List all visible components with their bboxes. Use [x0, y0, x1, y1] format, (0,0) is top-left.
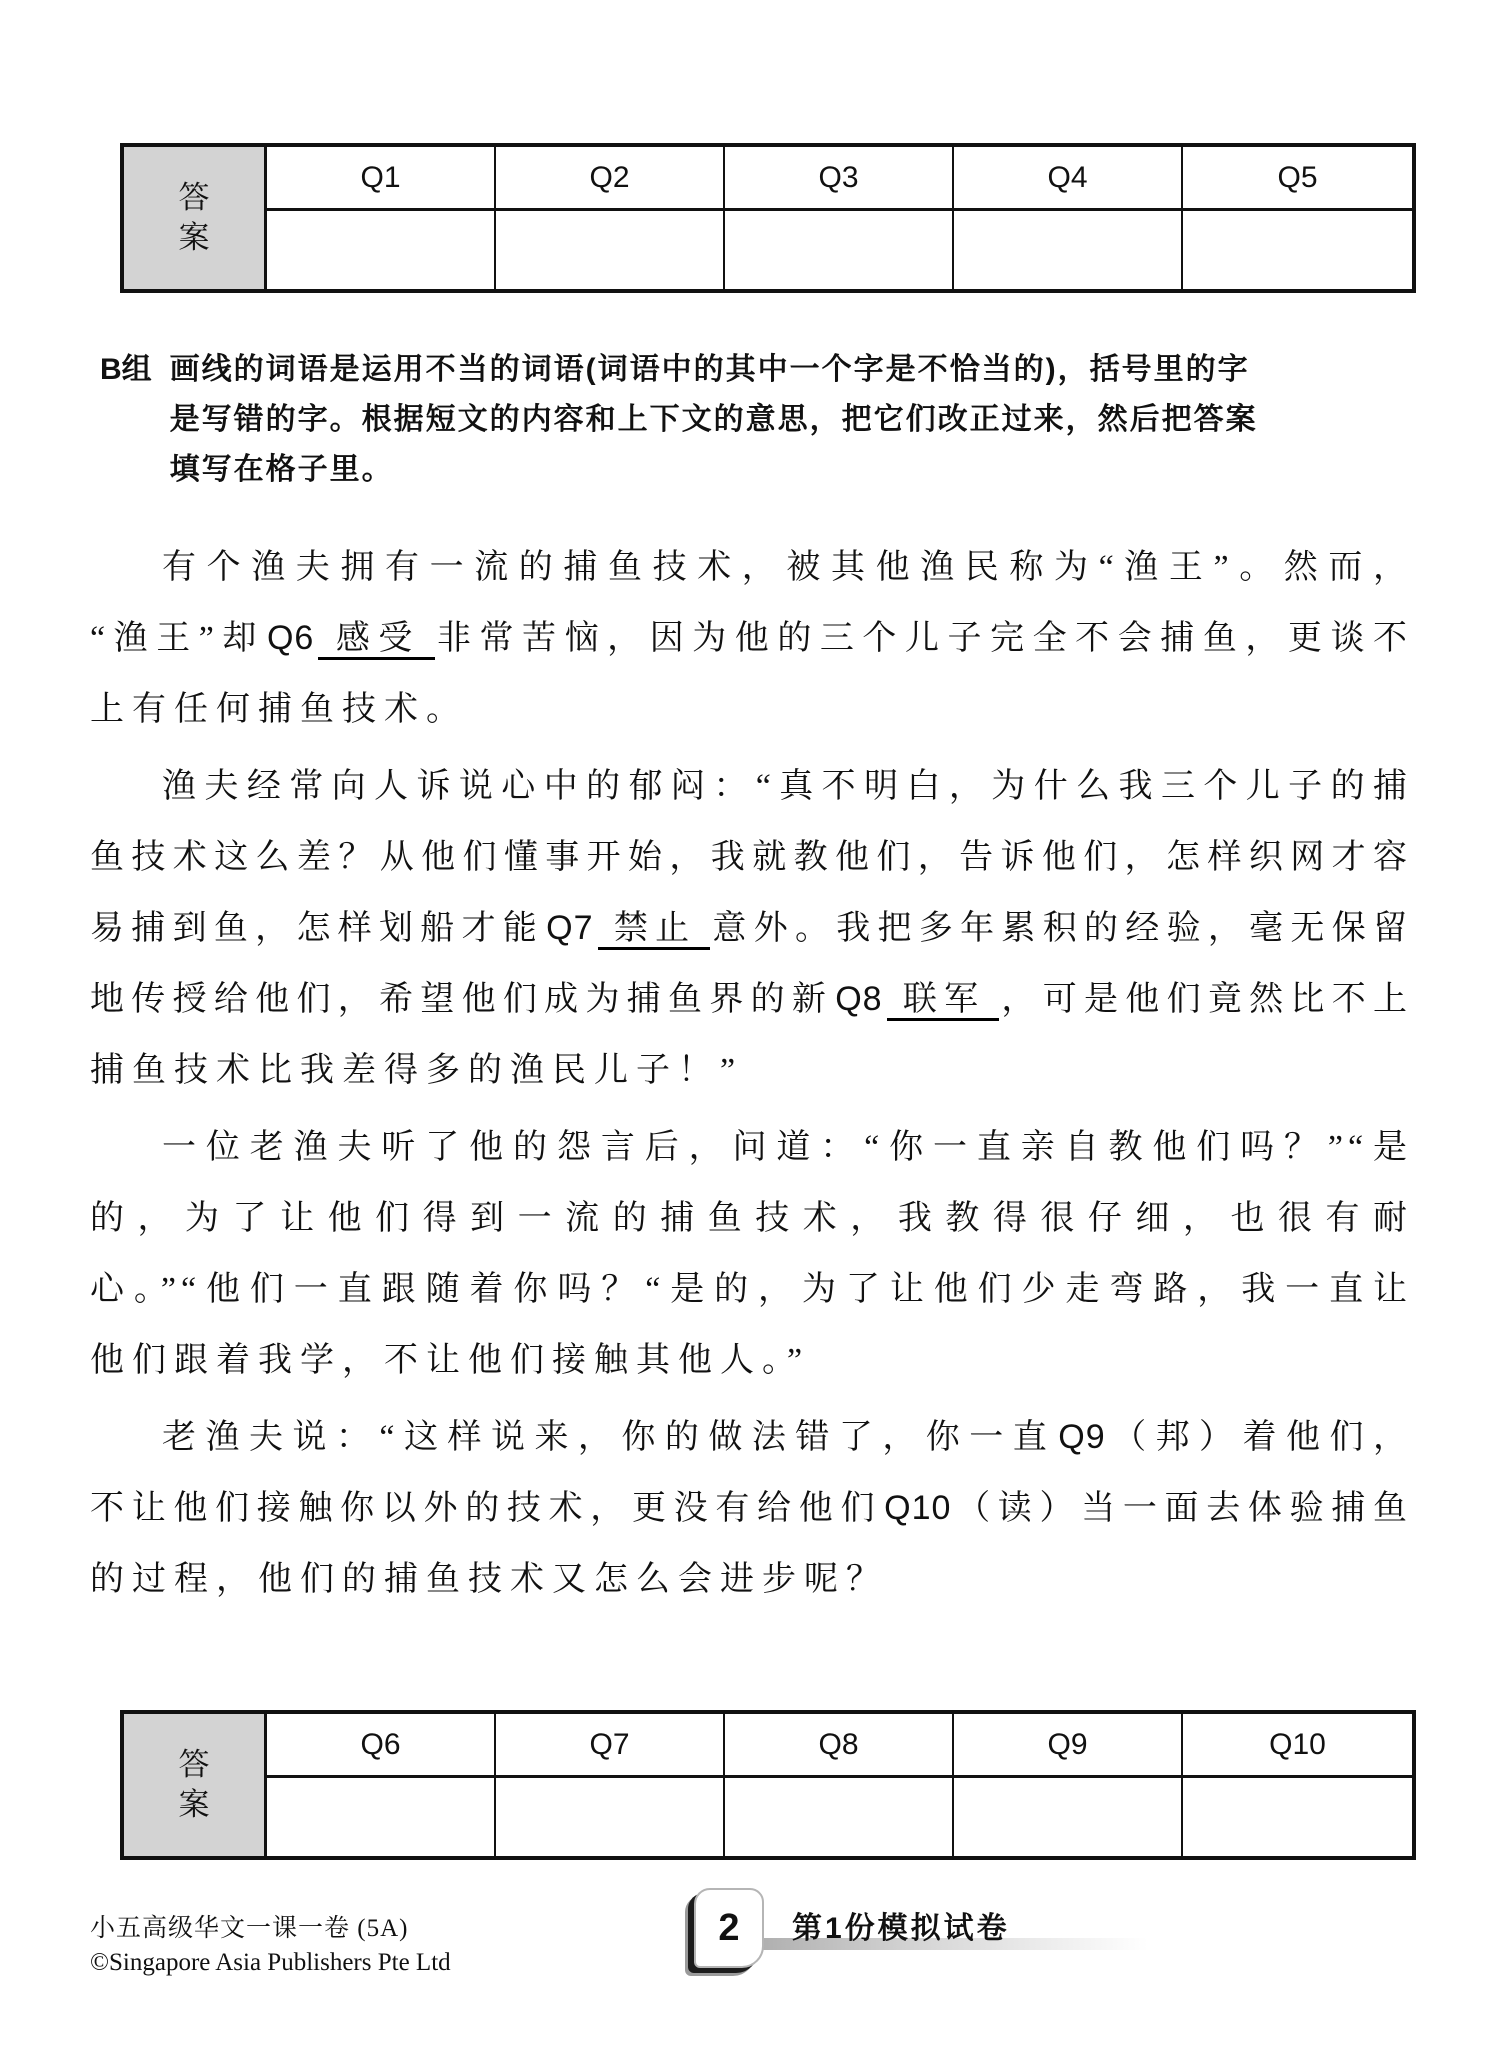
underlined-blank: 感受 — [318, 620, 435, 660]
passage-text: 他们跟着我学，不让他们接触其他人。” — [90, 1342, 810, 1379]
passage-line: 渔夫经常向人诉说心中的郁闷：“真不明白，为什么我三个儿子的捕 — [90, 751, 1412, 822]
passage-text: 意外。我把多年累积的经验，毫无保留 — [712, 910, 1412, 947]
passage-paragraph: 一位老渔夫听了他的怨言后，问道：“你一直亲自教他们吗？”“是的，为了让他们得到一… — [90, 1112, 1412, 1396]
answer-table-bottom: 答案Q6Q7Q8Q9Q10 — [120, 1710, 1416, 1860]
column-header: Q7 — [496, 1714, 725, 1778]
passage-text: （邦）着他们， — [1108, 1419, 1412, 1456]
answer-table-grid: Q1Q2Q3Q4Q5 — [267, 147, 1412, 289]
section-b: B组 画线的词语是运用不当的词语(词语中的其中一个字是不恰当的)，括号里的字是写… — [100, 345, 1420, 495]
answer-table-grid: Q6Q7Q8Q9Q10 — [267, 1714, 1412, 1856]
passage-line: 易捕到鱼，怎样划船才能Q7禁止意外。我把多年累积的经验，毫无保留 — [90, 893, 1412, 964]
passage-line: 地传授给他们，希望他们成为捕鱼界的新Q8联军，可是他们竟然比不上 — [90, 964, 1412, 1035]
passage-text: 非常苦恼，因为他的三个儿子完全不会捕鱼，更谈不 — [437, 620, 1412, 657]
passage-line: 不让他们接触你以外的技术，更没有给他们Q10（读）当一面去体验捕鱼 — [90, 1473, 1412, 1544]
answer-table-label: 答案 — [124, 147, 267, 289]
passage-text: “渔王”却 — [90, 620, 265, 657]
column-header: Q9 — [954, 1714, 1183, 1778]
column-header: Q2 — [496, 147, 725, 211]
section-b-label: B组 — [100, 345, 152, 495]
passage-text: ，可是他们竟然比不上 — [1001, 981, 1412, 1018]
question-number: Q9 — [1056, 1418, 1107, 1456]
column-header: Q5 — [1183, 147, 1412, 211]
answer-cell — [496, 1778, 725, 1856]
passage-line: 一位老渔夫听了他的怨言后，问道：“你一直亲自教他们吗？”“是 — [90, 1112, 1412, 1183]
passage-text: 捕鱼技术比我差得多的渔民儿子！” — [90, 1052, 743, 1089]
passage-text: 有个渔夫拥有一流的捕鱼技术，被其他渔民称为“渔王”。然而， — [162, 549, 1412, 586]
passage-paragraph: 老渔夫说：“这样说来，你的做法错了，你一直Q9（邦）着他们，不让他们接触你以外的… — [90, 1402, 1412, 1615]
answer-table-top: 答案Q1Q2Q3Q4Q5 — [120, 143, 1416, 293]
passage-text: 地传授给他们，希望他们成为捕鱼界的新 — [90, 981, 833, 1018]
footer-left: 小五高级华文一课一卷 (5A) ©Singapore Asia Publishe… — [90, 1908, 451, 1977]
passage-text: 易捕到鱼，怎样划船才能 — [90, 910, 544, 947]
passage-paragraph: 渔夫经常向人诉说心中的郁闷：“真不明白，为什么我三个儿子的捕鱼技术这么差？从他们… — [90, 751, 1412, 1106]
passage-text: 心。”“他们一直跟随着你吗？“是的，为了让他们少走弯路，我一直让 — [90, 1271, 1412, 1308]
instruction-line: 画线的词语是运用不当的词语(词语中的其中一个字是不恰当的)，括号里的字 — [170, 345, 1420, 395]
column-header: Q6 — [267, 1714, 496, 1778]
passage: 有个渔夫拥有一流的捕鱼技术，被其他渔民称为“渔王”。然而，“渔王”却Q6感受非常… — [90, 532, 1412, 1621]
passage-line: 心。”“他们一直跟随着你吗？“是的，为了让他们少走弯路，我一直让 — [90, 1254, 1412, 1325]
question-number: Q6 — [265, 619, 316, 657]
answer-cell — [725, 211, 954, 289]
passage-text: 一位老渔夫听了他的怨言后，问道：“你一直亲自教他们吗？”“是 — [162, 1129, 1412, 1166]
passage-line: 的过程，他们的捕鱼技术又怎么会进步呢？ — [90, 1544, 1412, 1615]
answer-cell — [954, 1778, 1183, 1856]
passage-line: 有个渔夫拥有一流的捕鱼技术，被其他渔民称为“渔王”。然而， — [90, 532, 1412, 603]
footer-series-title: 小五高级华文一课一卷 (5A) — [90, 1908, 451, 1944]
answer-cell — [267, 211, 496, 289]
column-header: Q4 — [954, 147, 1183, 211]
passage-line: 捕鱼技术比我差得多的渔民儿子！” — [90, 1035, 1412, 1106]
passage-line: 的，为了让他们得到一流的捕鱼技术，我教得很仔细，也很有耐 — [90, 1183, 1412, 1254]
answer-cell — [267, 1778, 496, 1856]
passage-text: 渔夫经常向人诉说心中的郁闷：“真不明白，为什么我三个儿子的捕 — [162, 768, 1412, 805]
question-number: Q10 — [882, 1489, 953, 1527]
page-number: 2 — [718, 1907, 739, 1950]
paper-title: 第1份模拟试卷 — [792, 1903, 1010, 1947]
question-number: Q7 — [544, 909, 595, 947]
instruction-line: 是写错的字。根据短文的内容和上下文的意思，把它们改正过来，然后把答案 — [170, 395, 1420, 445]
footer-copyright: ©Singapore Asia Publishers Pte Ltd — [90, 1949, 451, 1977]
passage-text: 的，为了让他们得到一流的捕鱼技术，我教得很仔细，也很有耐 — [90, 1200, 1412, 1237]
exam-page: 答案Q1Q2Q3Q4Q5 B组 画线的词语是运用不当的词语(词语中的其中一个字是… — [0, 0, 1500, 2053]
underlined-blank: 联军 — [887, 981, 1000, 1021]
answer-cell — [496, 211, 725, 289]
column-header: Q10 — [1183, 1714, 1412, 1778]
passage-text: 上有任何捕鱼技术。 — [90, 691, 468, 728]
passage-line: 上有任何捕鱼技术。 — [90, 674, 1412, 745]
answer-cell — [725, 1778, 954, 1856]
instruction-line: 填写在格子里。 — [170, 445, 1420, 495]
passage-paragraph: 有个渔夫拥有一流的捕鱼技术，被其他渔民称为“渔王”。然而，“渔王”却Q6感受非常… — [90, 532, 1412, 745]
column-header: Q8 — [725, 1714, 954, 1778]
passage-text: 鱼技术这么差？从他们懂事开始，我就教他们，告诉他们，怎样织网才容 — [90, 839, 1412, 876]
answer-cell — [1183, 211, 1412, 289]
question-number: Q8 — [833, 980, 884, 1018]
passage-line: 他们跟着我学，不让他们接触其他人。” — [90, 1325, 1412, 1396]
page-number-tab: 2 — [694, 1888, 764, 1968]
passage-text: （读）当一面去体验捕鱼 — [953, 1490, 1412, 1527]
passage-text: 老渔夫说：“这样说来，你的做法错了，你一直 — [162, 1419, 1056, 1456]
passage-line: “渔王”却Q6感受非常苦恼，因为他的三个儿子完全不会捕鱼，更谈不 — [90, 603, 1412, 674]
answer-cell — [954, 211, 1183, 289]
passage-text: 的过程，他们的捕鱼技术又怎么会进步呢？ — [90, 1561, 888, 1598]
passage-line: 老渔夫说：“这样说来，你的做法错了，你一直Q9（邦）着他们， — [90, 1402, 1412, 1473]
section-b-instructions: 画线的词语是运用不当的词语(词语中的其中一个字是不恰当的)，括号里的字是写错的字… — [170, 345, 1420, 495]
underlined-blank: 禁止 — [598, 910, 711, 950]
column-header: Q1 — [267, 147, 496, 211]
column-header: Q3 — [725, 147, 954, 211]
passage-text: 不让他们接触你以外的技术，更没有给他们 — [90, 1490, 882, 1527]
passage-line: 鱼技术这么差？从他们懂事开始，我就教他们，告诉他们，怎样织网才容 — [90, 822, 1412, 893]
answer-cell — [1183, 1778, 1412, 1856]
answer-table-label: 答案 — [124, 1714, 267, 1856]
